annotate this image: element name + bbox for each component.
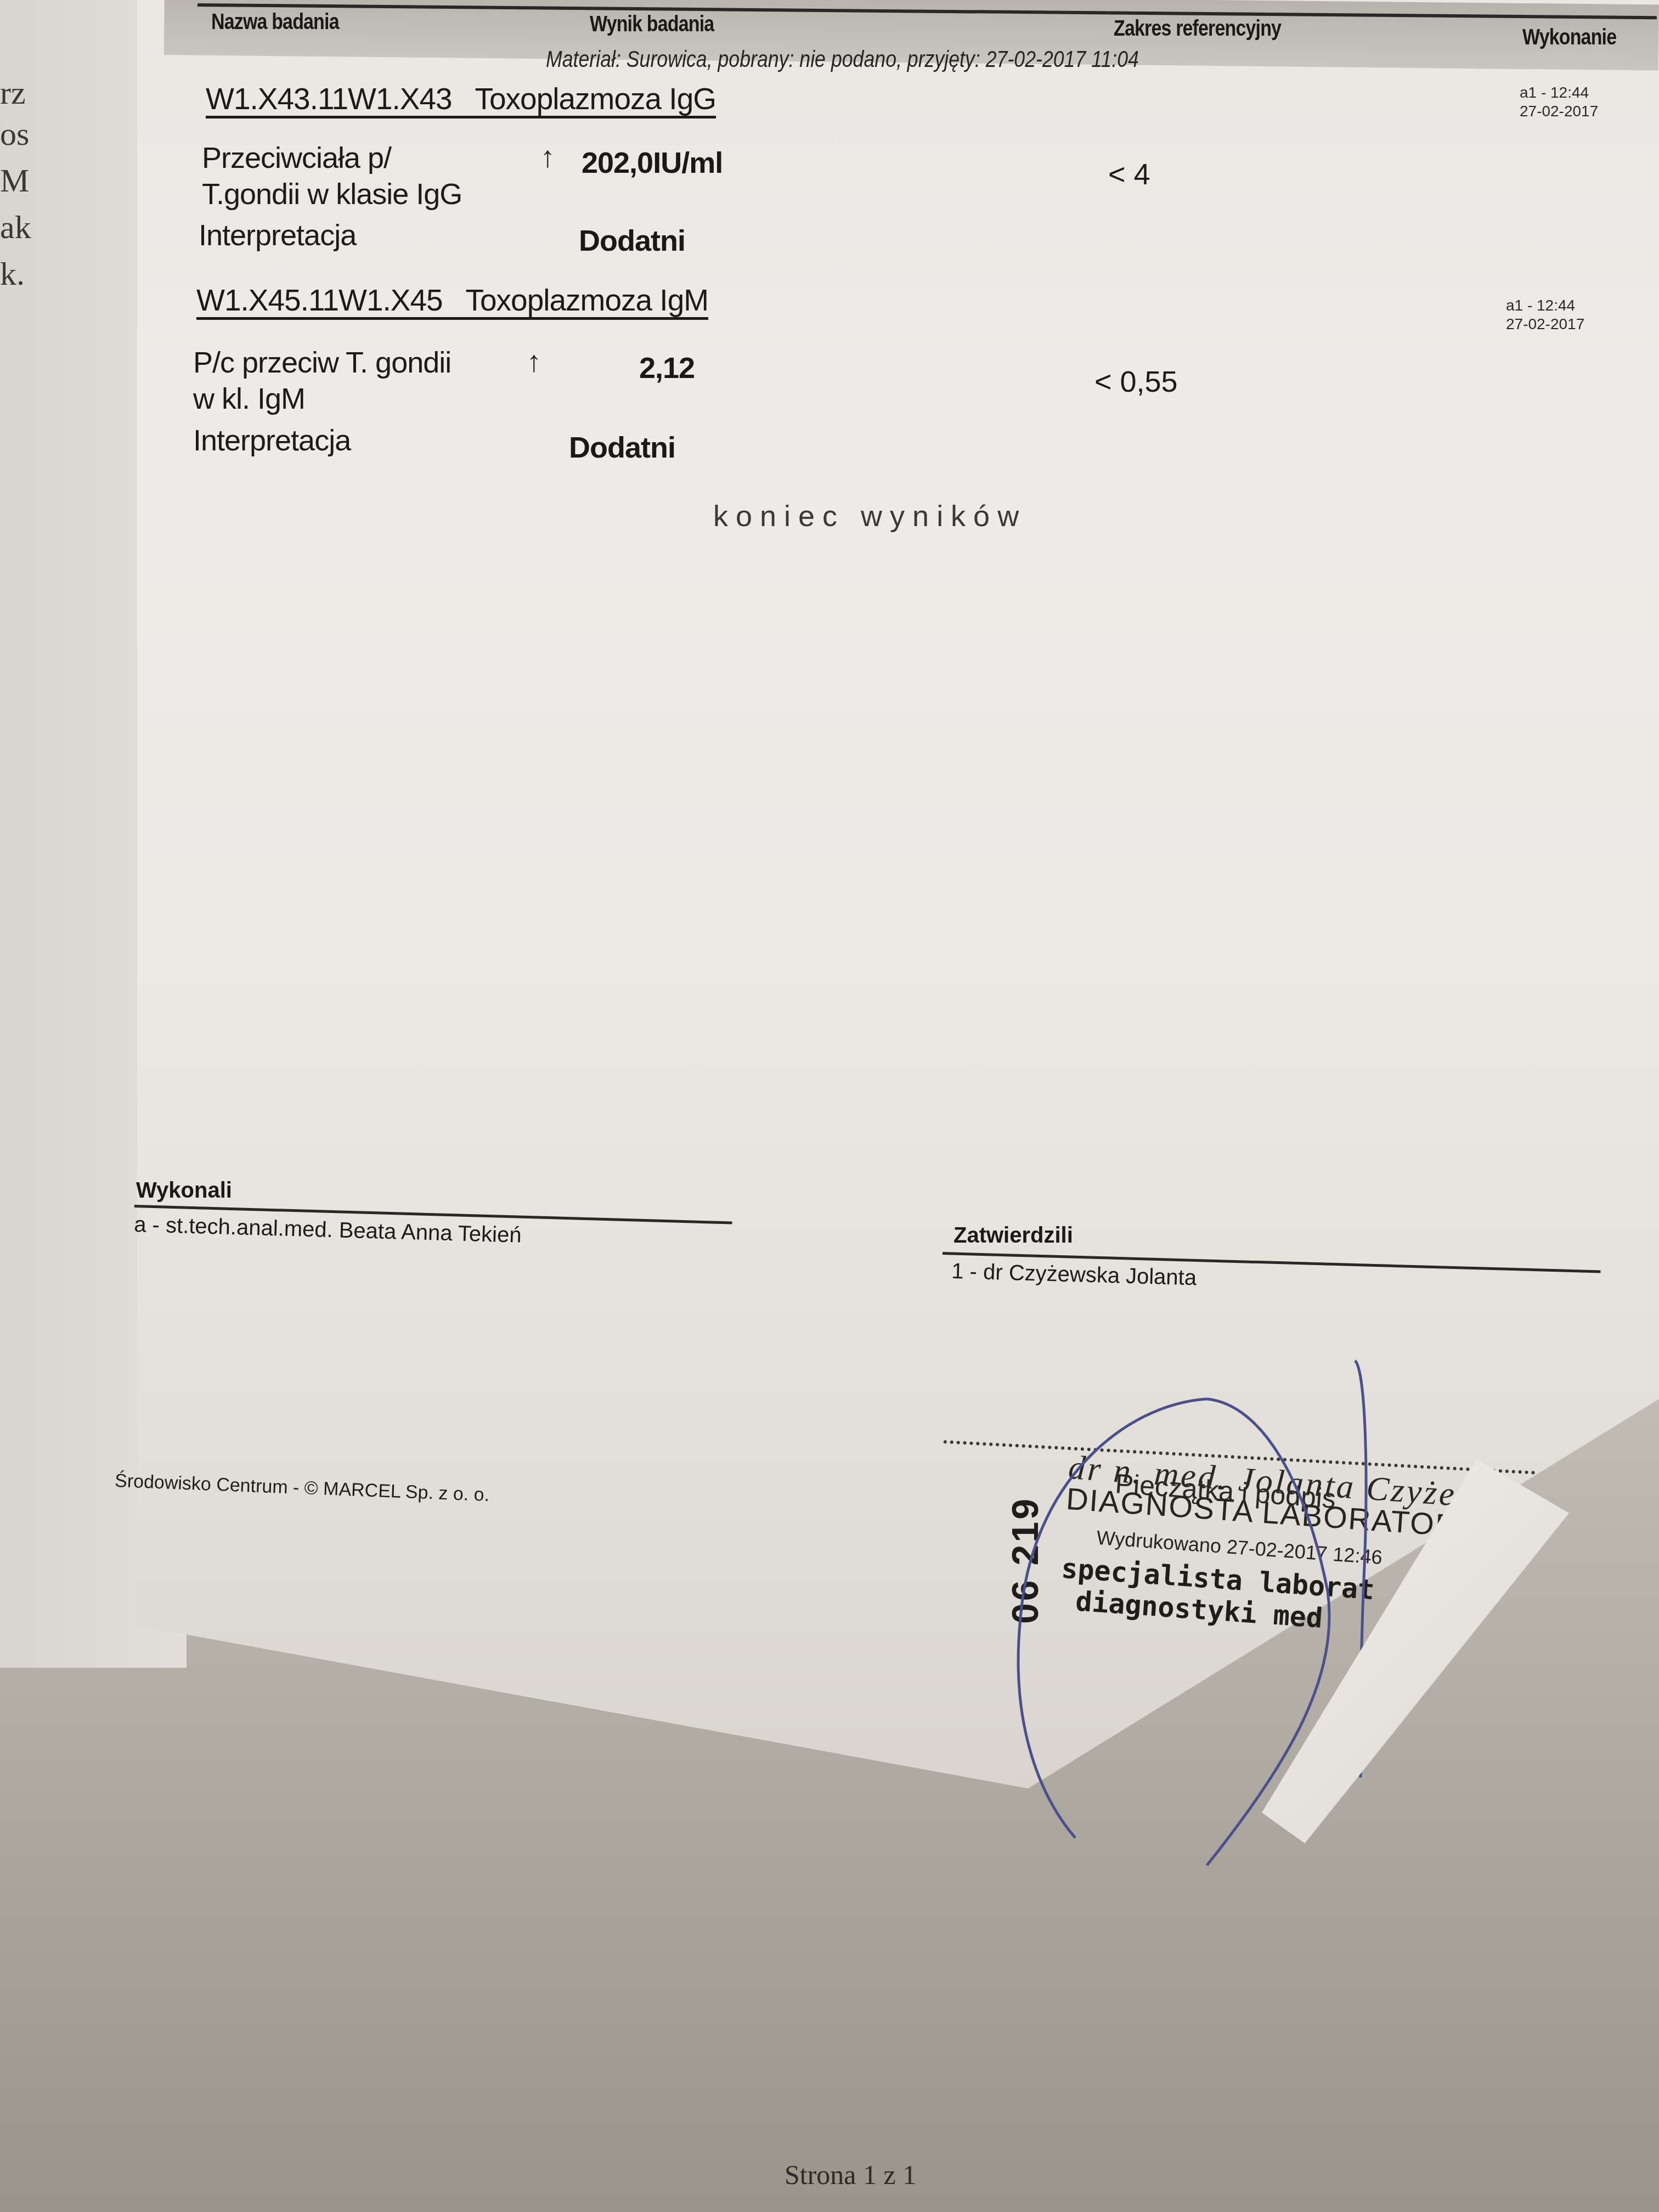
page-number: Strona 1 z 1 [785, 2159, 916, 2191]
handwritten-signature-icon [0, 0, 1659, 2212]
